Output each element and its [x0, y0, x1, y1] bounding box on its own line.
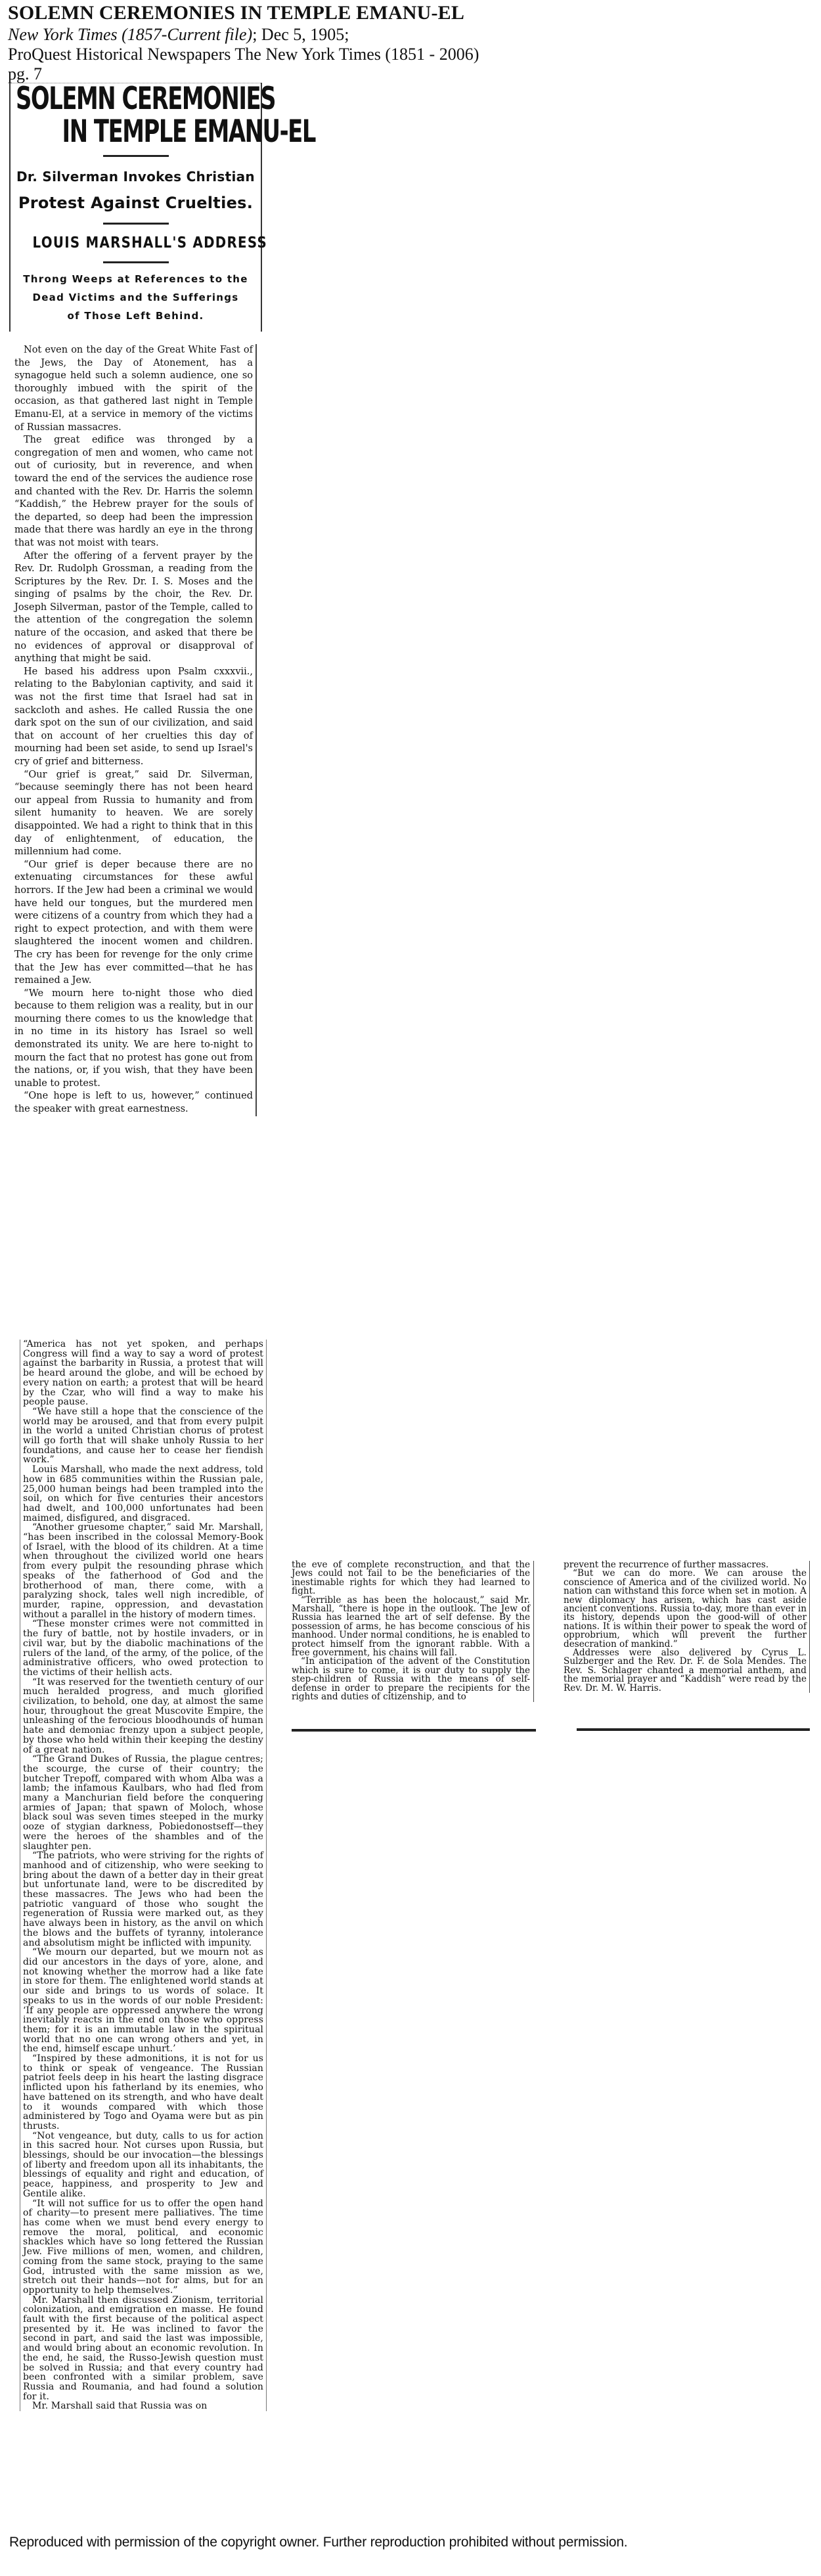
- paragraph: “We have still a hope that the conscienc…: [23, 1407, 263, 1465]
- paragraph: “But we can do more. We can arouse the c…: [564, 1569, 807, 1649]
- paragraph: “These monster crimes were not committed…: [23, 1619, 263, 1677]
- paragraph: “Our grief is deper because there are no…: [14, 859, 253, 988]
- publication-name: New York Times (1857-Current file): [8, 25, 252, 44]
- paragraph: “One hope is left to us, however,” conti…: [14, 1090, 253, 1116]
- column-end-rule: [292, 1729, 536, 1732]
- paragraph: Mr. Marshall said that Russia was on: [23, 2401, 263, 2411]
- subhead-1-line-2: Protest Against Cruelties.: [16, 190, 255, 216]
- column-end-rule: [577, 1728, 810, 1731]
- paragraph: Mr. Marshall then discussed Zionism, ter…: [23, 2296, 263, 2402]
- paragraph: “It will not suffice for us to offer the…: [23, 2199, 263, 2296]
- paragraph: “The Grand Dukes of Russia, the plague c…: [23, 1755, 263, 1851]
- subhead-2: LOUIS MARSHALL'S ADDRESS: [33, 231, 239, 255]
- paragraph: “The patriots, who were striving for the…: [23, 1851, 263, 1948]
- publication-line: New York Times (1857-Current file); Dec …: [8, 25, 479, 45]
- paragraph: “In anticipation of the advent of the Co…: [292, 1657, 530, 1701]
- paragraph: “Not vengeance, but duty, calls to us fo…: [23, 2131, 263, 2199]
- paragraph: After the offering of a fervent prayer b…: [14, 550, 253, 666]
- copyright-notice: Reproduced with permission of the copyri…: [9, 2535, 627, 2550]
- paragraph: “We mourn here to-night those who died b…: [14, 988, 253, 1091]
- headline-line-2: IN TEMPLE EMANU-EL: [16, 116, 302, 148]
- divider-rule: [103, 261, 169, 263]
- paragraph: Addresses were also delivered by Cyrus L…: [564, 1649, 807, 1693]
- paragraph: Louis Marshall, who made the next addres…: [23, 1465, 263, 1523]
- headline-block: SOLEMN CEREMONIES IN TEMPLE EMANU-EL Dr.…: [9, 79, 262, 332]
- publication-date: ; Dec 5, 1905;: [252, 25, 349, 44]
- article-column-3: prevent the recurrence of further massac…: [564, 1561, 810, 1693]
- subhead-3-line-1: Throng Weeps at References to the: [16, 270, 255, 288]
- paragraph: The great edifice was thronged by a cong…: [14, 434, 253, 550]
- divider-rule: [103, 223, 169, 225]
- subhead-1-line-1: Dr. Silverman Invokes Christian: [16, 164, 255, 190]
- article-column-1-upper: Not even on the day of the Great White F…: [14, 344, 257, 1116]
- article-column-2: the eve of complete reconstruction, and …: [292, 1561, 534, 1702]
- citation-header: SOLEMN CEREMONIES IN TEMPLE EMANU-EL New…: [8, 1, 479, 84]
- paragraph: “Our grief is great,” said Dr. Silverman…: [14, 769, 253, 859]
- paragraph: the eve of complete reconstruction, and …: [292, 1561, 530, 1596]
- paragraph: “It was reserved for the twentieth centu…: [23, 1678, 263, 1755]
- paragraph: “Terrible as has been the holocaust,” sa…: [292, 1596, 530, 1658]
- subhead-3-line-3: of Those Left Behind.: [16, 307, 255, 332]
- paragraph: “Inspired by these admonitions, it is no…: [23, 2054, 263, 2131]
- paragraph: Not even on the day of the Great White F…: [14, 344, 253, 434]
- subhead-3-line-2: Dead Victims and the Sufferings: [16, 288, 255, 307]
- article-column-1-lower: “America has not yet spoken, and perhaps…: [20, 1340, 267, 2411]
- paragraph: He based his address upon Psalm cxxxvii.…: [14, 666, 253, 769]
- article-title: SOLEMN CEREMONIES IN TEMPLE EMANU-EL: [8, 1, 479, 25]
- database-name: ProQuest Historical Newspapers The New Y…: [8, 45, 479, 64]
- paragraph: “We mourn our departed, but we mourn not…: [23, 1948, 263, 2054]
- paragraph: “Another gruesome chapter,” said Mr. Mar…: [23, 1523, 263, 1619]
- paragraph: “America has not yet spoken, and perhaps…: [23, 1340, 263, 1407]
- divider-rule: [103, 155, 169, 157]
- headline-line-1: SOLEMN CEREMONIES: [16, 83, 255, 116]
